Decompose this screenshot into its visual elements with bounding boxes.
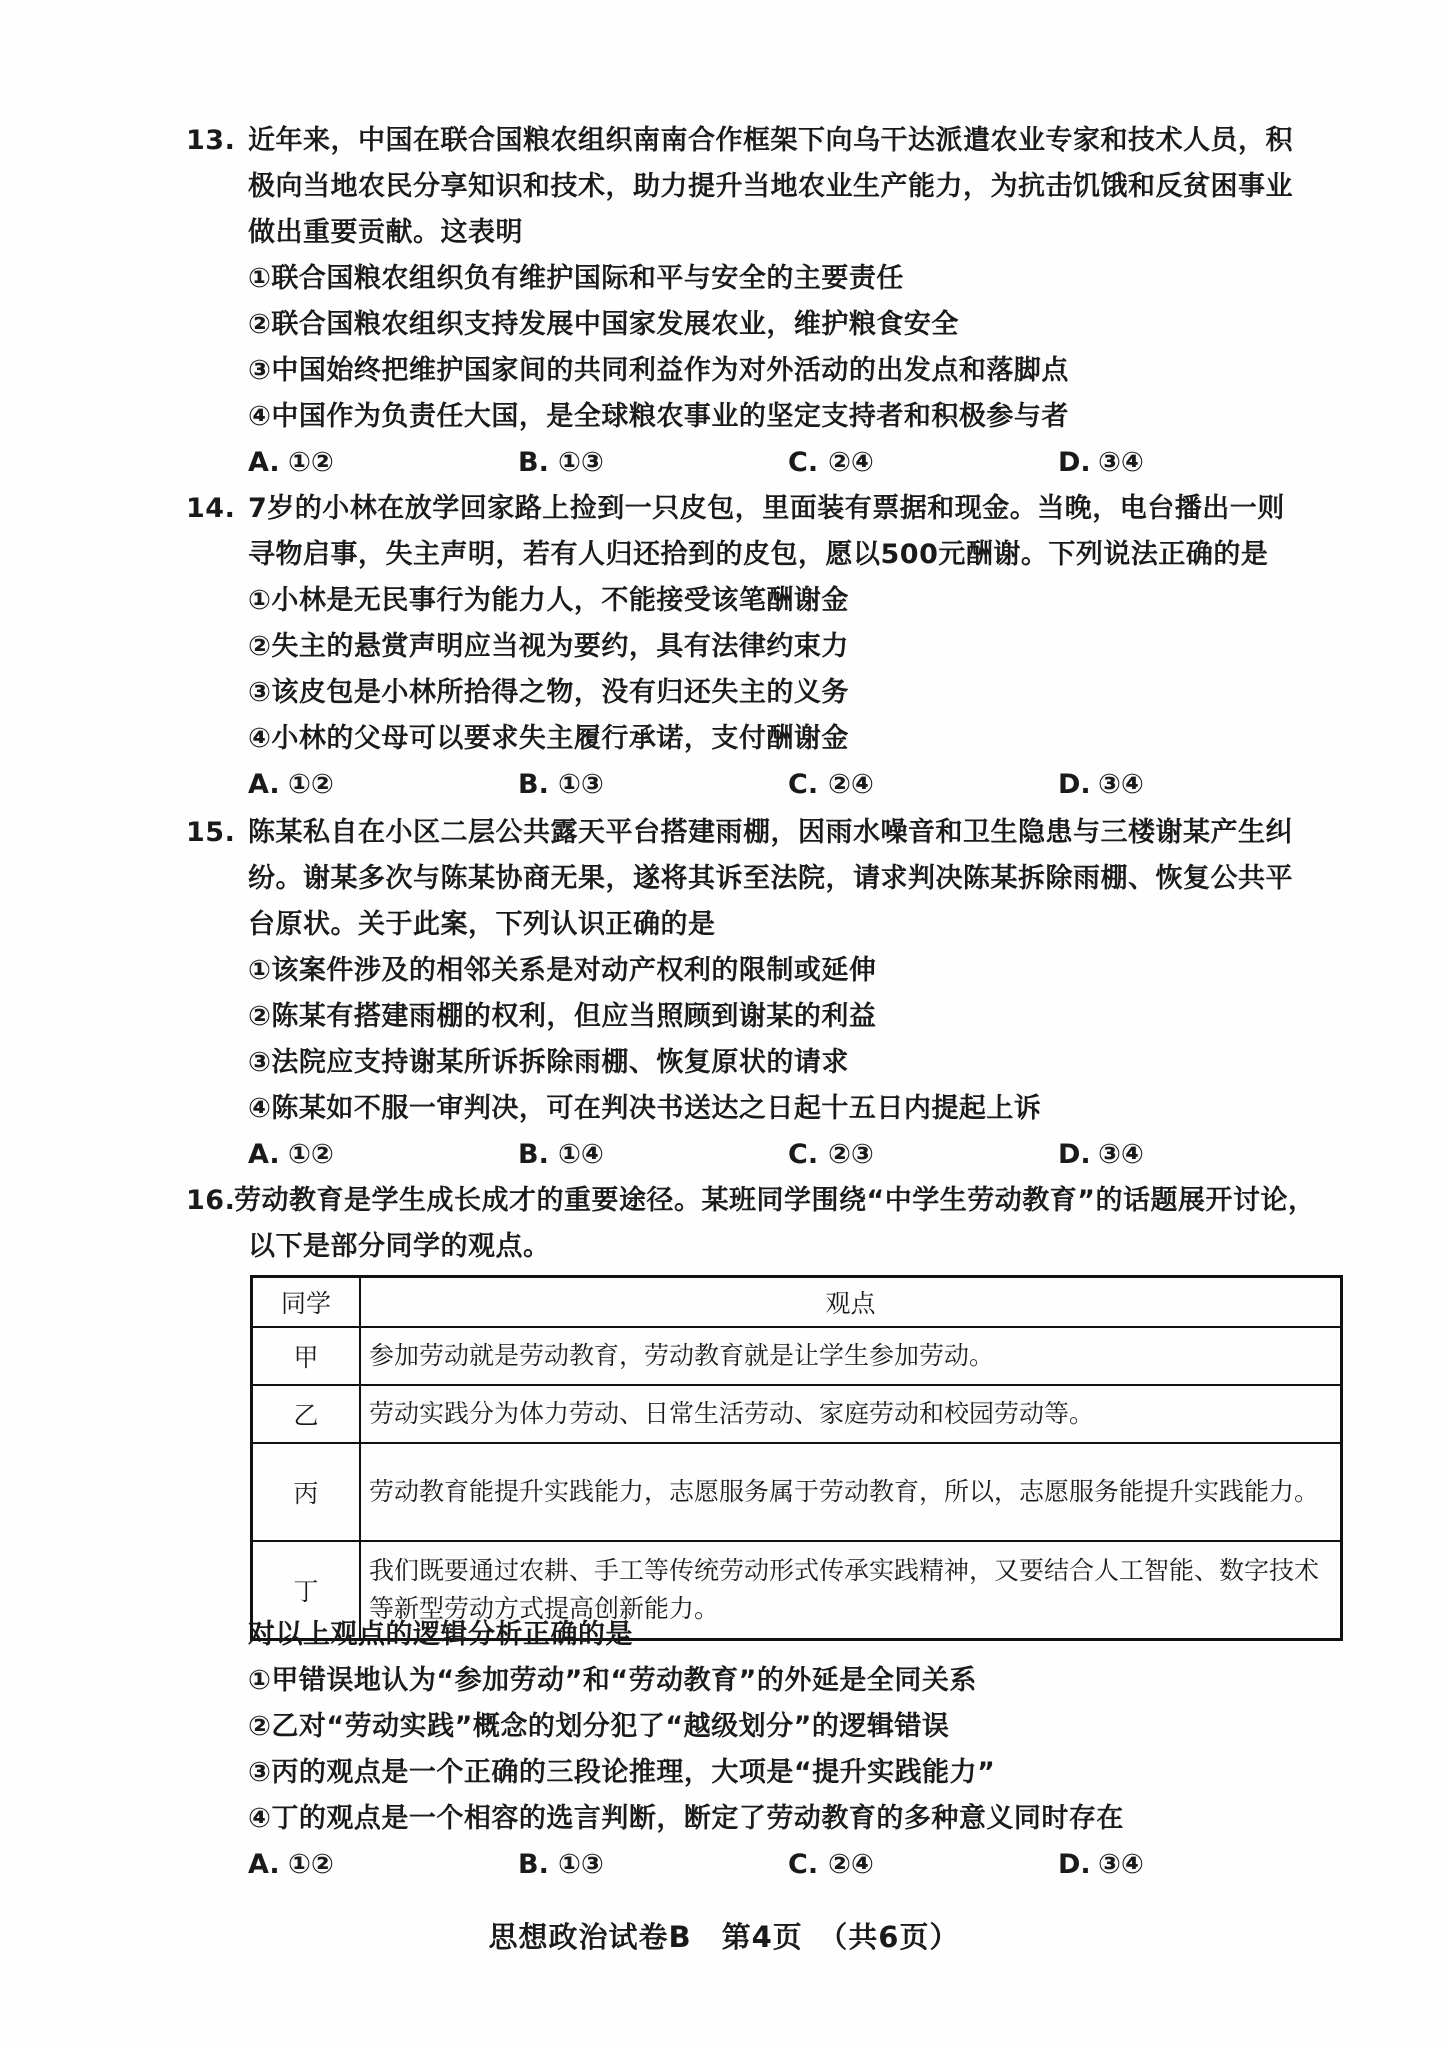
option-c[interactable]: C.②④	[788, 762, 1058, 808]
statement: ①小林是无民事行为能力人，不能接受该笔酬谢金	[186, 578, 1346, 624]
option-a[interactable]: A.①②	[248, 440, 518, 486]
option-d[interactable]: D.③④	[1058, 1132, 1328, 1178]
option-c[interactable]: C.②③	[788, 1132, 1058, 1178]
question-stem-line: 13.近年来，中国在联合国粮农组织南南合作框架下向乌干达派遣农业专家和技术人员，…	[186, 118, 1346, 164]
exam-page: 13.近年来，中国在联合国粮农组织南南合作框架下向乌干达派遣农业专家和技术人员，…	[0, 0, 1448, 2048]
question-number: 16.	[186, 1178, 234, 1224]
question-13: 13.近年来，中国在联合国粮农组织南南合作框架下向乌干达派遣农业专家和技术人员，…	[186, 118, 1346, 486]
answer-options: A.①② B.①③ C.②④ D.③④	[186, 1842, 1346, 1888]
statement: ④小林的父母可以要求失主履行承诺，支付酬谢金	[186, 716, 1346, 762]
question-stem-line: 纷。谢某多次与陈某协商无果，遂将其诉至法院，请求判决陈某拆除雨棚、恢复公共平	[186, 856, 1346, 902]
question-stem-line: 以下是部分同学的观点。	[186, 1224, 1346, 1270]
statement: ②陈某有搭建雨棚的权利，但应当照顾到谢某的利益	[186, 994, 1346, 1040]
option-b[interactable]: B.①④	[518, 1132, 788, 1178]
statement: ②失主的悬赏声明应当视为要约，具有法律约束力	[186, 624, 1346, 670]
answer-options: A.①② B.①③ C.②④ D.③④	[186, 762, 1346, 808]
statement: ①联合国粮农组织负有维护国际和平与安全的主要责任	[186, 256, 1346, 302]
question-stem-line: 寻物启事，失主声明，若有人归还拾到的皮包，愿以500元酬谢。下列说法正确的是	[186, 532, 1346, 578]
option-b[interactable]: B.①③	[518, 1842, 788, 1888]
statement: ④丁的观点是一个相容的选言判断，断定了劳动教育的多种意义同时存在	[186, 1796, 1346, 1842]
table-cell-student: 乙	[252, 1385, 361, 1443]
question-stem-line: 15.陈某私自在小区二层公共露天平台搭建雨棚，因雨水噪音和卫生隐患与三楼谢某产生…	[186, 810, 1346, 856]
table-row: 乙 劳动实践分为体力劳动、日常生活劳动、家庭劳动和校园劳动等。	[252, 1385, 1342, 1443]
table-header-student: 同学	[252, 1277, 361, 1328]
question-stem-line: 14.7岁的小林在放学回家路上捡到一只皮包，里面装有票据和现金。当晚，电台播出一…	[186, 486, 1346, 532]
option-c[interactable]: C.②④	[788, 1842, 1058, 1888]
table-header-view: 观点	[360, 1277, 1342, 1328]
answer-options: A.①② B.①④ C.②③ D.③④	[186, 1132, 1346, 1178]
question-stem-line: 台原状。关于此案，下列认识正确的是	[186, 902, 1346, 948]
table-cell-student: 甲	[252, 1327, 361, 1385]
answer-options: A.①② B.①③ C.②④ D.③④	[186, 440, 1346, 486]
viewpoints-table: 同学 观点 甲 参加劳动就是劳动教育，劳动教育就是让学生参加劳动。 乙 劳动实践…	[250, 1275, 1343, 1641]
statement: ①甲错误地认为“参加劳动”和“劳动教育”的外延是全同关系	[186, 1658, 1346, 1704]
question-15: 15.陈某私自在小区二层公共露天平台搭建雨棚，因雨水噪音和卫生隐患与三楼谢某产生…	[186, 810, 1346, 1178]
question-stem-line: 16.劳动教育是学生成长成才的重要途径。某班同学围绕“中学生劳动教育”的话题展开…	[186, 1178, 1346, 1224]
question-number: 14.	[186, 486, 248, 532]
statement: ③法院应支持谢某所诉拆除雨棚、恢复原状的请求	[186, 1040, 1346, 1086]
table-cell-view: 参加劳动就是劳动教育，劳动教育就是让学生参加劳动。	[360, 1327, 1342, 1385]
statement: ③丙的观点是一个正确的三段论推理，大项是“提升实践能力”	[186, 1750, 1346, 1796]
table-row: 甲 参加劳动就是劳动教育，劳动教育就是让学生参加劳动。	[252, 1327, 1342, 1385]
question-16-analysis: 对以上观点的逻辑分析正确的是 ①甲错误地认为“参加劳动”和“劳动教育”的外延是全…	[186, 1612, 1346, 1888]
option-b[interactable]: B.①③	[518, 440, 788, 486]
question-number: 13.	[186, 118, 248, 164]
question-number: 15.	[186, 810, 248, 856]
question-stem-line: 极向当地农民分享知识和技术，助力提升当地农业生产能力，为抗击饥饿和反贫困事业	[186, 164, 1346, 210]
question-prompt: 对以上观点的逻辑分析正确的是	[186, 1612, 1346, 1658]
question-16: 16.劳动教育是学生成长成才的重要途径。某班同学围绕“中学生劳动教育”的话题展开…	[186, 1178, 1346, 1270]
table-row: 丙 劳动教育能提升实践能力，志愿服务属于劳动教育，所以，志愿服务能提升实践能力。	[252, 1443, 1342, 1541]
statement: ②联合国粮农组织支持发展中国家发展农业，维护粮食安全	[186, 302, 1346, 348]
option-d[interactable]: D.③④	[1058, 1842, 1328, 1888]
option-a[interactable]: A.①②	[248, 762, 518, 808]
option-b[interactable]: B.①③	[518, 762, 788, 808]
statement: ③该皮包是小林所拾得之物，没有归还失主的义务	[186, 670, 1346, 716]
option-d[interactable]: D.③④	[1058, 762, 1328, 808]
table-header-row: 同学 观点	[252, 1277, 1342, 1328]
statement: ③中国始终把维护国家间的共同利益作为对外活动的出发点和落脚点	[186, 348, 1346, 394]
option-a[interactable]: A.①②	[248, 1132, 518, 1178]
statement: ④中国作为负责任大国，是全球粮农事业的坚定支持者和积极参与者	[186, 394, 1346, 440]
option-c[interactable]: C.②④	[788, 440, 1058, 486]
question-stem-line: 做出重要贡献。这表明	[186, 210, 1346, 256]
option-d[interactable]: D.③④	[1058, 440, 1328, 486]
statement: ①该案件涉及的相邻关系是对动产权利的限制或延伸	[186, 948, 1346, 994]
statement: ④陈某如不服一审判决，可在判决书送达之日起十五日内提起上诉	[186, 1086, 1346, 1132]
table-cell-student: 丙	[252, 1443, 361, 1541]
table-cell-view: 劳动教育能提升实践能力，志愿服务属于劳动教育，所以，志愿服务能提升实践能力。	[360, 1443, 1342, 1541]
statement: ②乙对“劳动实践”概念的划分犯了“越级划分”的逻辑错误	[186, 1704, 1346, 1750]
question-14: 14.7岁的小林在放学回家路上捡到一只皮包，里面装有票据和现金。当晚，电台播出一…	[186, 486, 1346, 808]
table-cell-view: 劳动实践分为体力劳动、日常生活劳动、家庭劳动和校园劳动等。	[360, 1385, 1342, 1443]
page-footer: 思想政治试卷B 第4页 （共6页）	[0, 1915, 1448, 1956]
option-a[interactable]: A.①②	[248, 1842, 518, 1888]
